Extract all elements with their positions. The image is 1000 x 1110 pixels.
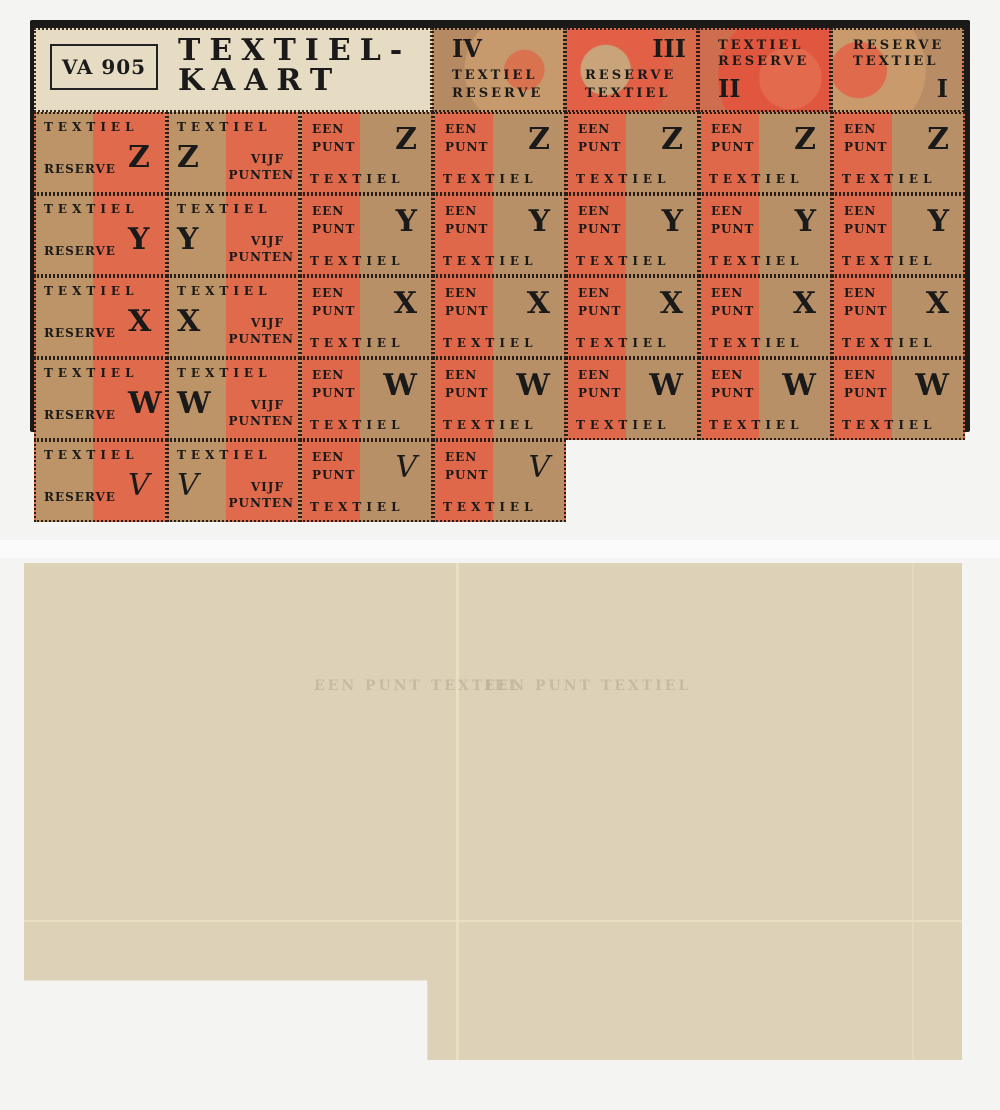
coupon-value: EEN (711, 286, 743, 300)
coupon-letter: V (395, 450, 417, 485)
coupon-unit: PUNTEN (228, 168, 294, 182)
coupon-label: RESERVE (44, 326, 116, 340)
coupon-value: EEN (445, 204, 477, 218)
coupon-value: VIJF (251, 152, 284, 166)
een-punt-coupon-z[interactable]: EENPUNTZTEXTIEL (832, 112, 965, 194)
een-punt-coupon-w[interactable]: EENPUNTWTEXTIEL (300, 358, 433, 440)
coupon-unit: PUNT (312, 222, 355, 236)
show-through-text: EEN PUNT TEXTIEL (484, 678, 691, 694)
coupon-value: EEN (445, 368, 477, 382)
een-punt-coupon-w[interactable]: EENPUNTWTEXTIEL (433, 358, 566, 440)
coupon-value: EEN (312, 286, 344, 300)
coupon-letter: Z (528, 122, 550, 157)
coupon-unit: PUNT (578, 222, 621, 236)
coupon-header: TEXTIEL (177, 202, 272, 216)
coupon-letter: Z (927, 122, 949, 157)
coupon-footer: TEXTIEL (709, 172, 804, 186)
coupon-header: TEXTIEL (177, 448, 272, 462)
een-punt-coupon-y[interactable]: EENPUNTYTEXTIEL (699, 194, 832, 276)
coupon-letter: W (782, 368, 816, 403)
reserve-coupon-x[interactable]: TEXTIELRESERVEX (34, 276, 167, 358)
coupon-unit: PUNT (312, 140, 355, 154)
coupon-value: EEN (312, 204, 344, 218)
een-punt-coupon-y[interactable]: EENPUNTYTEXTIEL (433, 194, 566, 276)
coupon-letter: Y (662, 204, 683, 239)
reserve-line-2: TEXTIEL (585, 86, 670, 101)
coupon-header: TEXTIEL (44, 202, 139, 216)
coupon-letter: Y (177, 222, 198, 257)
een-punt-coupon-y[interactable]: EENPUNTYTEXTIEL (832, 194, 965, 276)
serial-number: VA 905 (50, 44, 158, 90)
coupon-label: RESERVE (44, 244, 116, 258)
coupon-unit: PUNT (445, 140, 488, 154)
coupon-letter: X (527, 286, 550, 321)
coupon-footer: TEXTIEL (576, 336, 671, 350)
coupon-footer: TEXTIEL (709, 418, 804, 432)
coupon-label: RESERVE (44, 408, 116, 422)
coupon-letter: X (660, 286, 683, 321)
coupon-footer: TEXTIEL (310, 336, 405, 350)
coupon-value: EEN (578, 204, 610, 218)
coupon-footer: TEXTIEL (443, 500, 538, 514)
een-punt-coupon-x[interactable]: EENPUNTXTEXTIEL (433, 276, 566, 358)
coupon-letter: Y (928, 204, 949, 239)
coupon-unit: PUNT (578, 140, 621, 154)
ration-card-front: VA 905 TEXTIEL- KAART IV TEXTIEL RESERVE… (30, 20, 970, 530)
coupon-letter: Z (128, 140, 150, 175)
reserve-coupon-ii[interactable]: TEXTIEL RESERVE II (698, 28, 831, 112)
coupon-letter: X (793, 286, 816, 321)
coupon-header: TEXTIEL (177, 120, 272, 134)
reserve-line-2: RESERVE (718, 54, 809, 69)
coupon-letter: Z (661, 122, 683, 157)
reserve-coupon-v[interactable]: TEXTIELRESERVEV (34, 440, 167, 522)
coupon-label: RESERVE (44, 490, 116, 504)
reserve-line-2: TEXTIEL (853, 54, 938, 69)
coupon-unit: PUNT (445, 386, 488, 400)
een-punt-coupon-w[interactable]: EENPUNTWTEXTIEL (566, 358, 699, 440)
coupon-letter: Z (794, 122, 816, 157)
vijf-punten-coupon-y[interactable]: TEXTIELYVIJFPUNTEN (167, 194, 300, 276)
coupon-unit: PUNT (578, 304, 621, 318)
fold-line-vertical (456, 563, 459, 1060)
title-line-1: TEXTIEL- (178, 36, 411, 66)
coupon-header: TEXTIEL (44, 366, 139, 380)
roman-numeral: I (937, 74, 948, 103)
coupon-value: VIJF (251, 316, 284, 330)
coupon-letter: X (394, 286, 417, 321)
reserve-coupon-z[interactable]: TEXTIELRESERVEZ (34, 112, 167, 194)
coupon-value: EEN (445, 122, 477, 136)
een-punt-coupon-y[interactable]: EENPUNTYTEXTIEL (300, 194, 433, 276)
coupon-value: EEN (844, 204, 876, 218)
coupon-unit: PUNTEN (228, 414, 294, 428)
title-line-2: KAART (178, 66, 411, 96)
reserve-coupon-i[interactable]: RESERVE TEXTIEL I (831, 28, 964, 112)
een-punt-coupon-x[interactable]: EENPUNTXTEXTIEL (300, 276, 433, 358)
vijf-punten-coupon-x[interactable]: TEXTIELXVIJFPUNTEN (167, 276, 300, 358)
reserve-coupon-iv[interactable]: IV TEXTIEL RESERVE (432, 28, 565, 112)
reserve-coupon-y[interactable]: TEXTIELRESERVEY (34, 194, 167, 276)
coupon-unit: PUNT (445, 222, 488, 236)
coupon-footer: TEXTIEL (310, 254, 405, 268)
coupon-unit: PUNTEN (228, 496, 294, 510)
coupon-unit: PUNT (711, 140, 754, 154)
coupon-footer: TEXTIEL (310, 172, 405, 186)
coupon-value: VIJF (251, 234, 284, 248)
coupon-letter: W (128, 386, 162, 421)
coupon-header: TEXTIEL (44, 448, 139, 462)
coupon-footer: TEXTIEL (310, 500, 405, 514)
coupon-value: EEN (578, 286, 610, 300)
card-title: TEXTIEL- KAART (178, 36, 411, 96)
fold-line-right (912, 563, 914, 1060)
coupon-letter: W (915, 368, 949, 403)
ration-card-back: EEN PUNT TEXTIEL EEN PUNT TEXTIEL (24, 563, 962, 1060)
coupon-footer: TEXTIEL (443, 336, 538, 350)
roman-numeral: II (718, 74, 740, 103)
roman-numeral: III (652, 34, 686, 63)
coupon-value: EEN (844, 368, 876, 382)
coupon-unit: PUNT (844, 386, 887, 400)
coupon-value: EEN (445, 450, 477, 464)
vijf-punten-coupon-w[interactable]: TEXTIELWVIJFPUNTEN (167, 358, 300, 440)
coupon-letter: Z (177, 140, 199, 175)
coupon-value: EEN (578, 368, 610, 382)
coupon-letter: Z (395, 122, 417, 157)
card-header: VA 905 TEXTIEL- KAART IV TEXTIEL RESERVE… (34, 28, 966, 112)
reserve-line-1: RESERVE (585, 68, 676, 83)
vijf-punten-coupon-v[interactable]: TEXTIELVVIJFPUNTEN (167, 440, 300, 522)
coupon-footer: TEXTIEL (576, 172, 671, 186)
coupon-label: RESERVE (44, 162, 116, 176)
coupon-footer: TEXTIEL (709, 336, 804, 350)
coupon-unit: PUNTEN (228, 250, 294, 264)
reserve-line-1: RESERVE (853, 38, 944, 53)
coupon-unit: PUNT (312, 386, 355, 400)
coupon-letter: W (383, 368, 417, 403)
coupon-letter: W (649, 368, 683, 403)
coupon-unit: PUNT (844, 304, 887, 318)
een-punt-coupon-z[interactable]: EENPUNTZTEXTIEL (433, 112, 566, 194)
coupon-value: EEN (711, 204, 743, 218)
coupon-letter: W (516, 368, 550, 403)
een-punt-coupon-z[interactable]: EENPUNTZTEXTIEL (699, 112, 832, 194)
coupon-value: EEN (844, 286, 876, 300)
coupon-value: EEN (711, 122, 743, 136)
coupon-unit: PUNT (312, 468, 355, 482)
coupon-letter: Y (128, 222, 149, 257)
coupon-letter: Y (529, 204, 550, 239)
coupon-letter: X (926, 286, 949, 321)
een-punt-coupon-v[interactable]: EENPUNTVTEXTIEL (433, 440, 566, 522)
een-punt-coupon-x[interactable]: EENPUNTXTEXTIEL (566, 276, 699, 358)
fold-line-horizontal (24, 920, 962, 922)
vijf-punten-coupon-z[interactable]: TEXTIELZVIJFPUNTEN (167, 112, 300, 194)
coupon-header: TEXTIEL (177, 366, 272, 380)
reserve-line-1: TEXTIEL (452, 68, 537, 83)
coupon-header: TEXTIEL (44, 284, 139, 298)
coupon-letter: V (177, 468, 199, 503)
reserve-coupon-iii[interactable]: III RESERVE TEXTIEL (565, 28, 698, 112)
coupon-unit: PUNT (445, 304, 488, 318)
coupon-value: EEN (445, 286, 477, 300)
coupon-footer: TEXTIEL (576, 418, 671, 432)
een-punt-coupon-y[interactable]: EENPUNTYTEXTIEL (566, 194, 699, 276)
reserve-line-2: RESERVE (452, 86, 543, 101)
een-punt-coupon-z[interactable]: EENPUNTZTEXTIEL (300, 112, 433, 194)
coupon-footer: TEXTIEL (443, 254, 538, 268)
coupon-unit: PUNT (711, 304, 754, 318)
coupon-value: EEN (312, 122, 344, 136)
coupon-footer: TEXTIEL (842, 336, 937, 350)
roman-numeral: IV (452, 34, 482, 63)
coupon-unit: PUNT (711, 386, 754, 400)
coupon-value: EEN (844, 122, 876, 136)
een-punt-coupon-z[interactable]: EENPUNTZTEXTIEL (566, 112, 699, 194)
coupon-value: VIJF (251, 398, 284, 412)
scan-separator (0, 540, 1000, 558)
coupon-header: TEXTIEL (44, 120, 139, 134)
coupon-unit: PUNT (844, 222, 887, 236)
coupon-value: EEN (312, 368, 344, 382)
reserve-coupon-w[interactable]: TEXTIELRESERVEW (34, 358, 167, 440)
coupon-unit: PUNTEN (228, 332, 294, 346)
coupon-unit: PUNT (844, 140, 887, 154)
een-punt-coupon-w[interactable]: EENPUNTWTEXTIEL (832, 358, 965, 440)
coupon-footer: TEXTIEL (709, 254, 804, 268)
coupon-letter: W (177, 386, 211, 421)
coupon-footer: TEXTIEL (443, 418, 538, 432)
coupon-value: EEN (578, 122, 610, 136)
coupon-value: EEN (711, 368, 743, 382)
coupon-unit: PUNT (312, 304, 355, 318)
coupon-letter: X (177, 304, 200, 339)
coupon-letter: V (128, 468, 150, 503)
title-panel: VA 905 TEXTIEL- KAART (34, 28, 432, 112)
coupon-letter: X (128, 304, 151, 339)
coupon-header: TEXTIEL (177, 284, 272, 298)
coupon-footer: TEXTIEL (310, 418, 405, 432)
een-punt-coupon-v[interactable]: EENPUNTVTEXTIEL (300, 440, 433, 522)
coupon-value: EEN (312, 450, 344, 464)
coupon-footer: TEXTIEL (842, 172, 937, 186)
coupon-footer: TEXTIEL (443, 172, 538, 186)
coupon-letter: Y (795, 204, 816, 239)
coupon-letter: V (528, 450, 550, 485)
coupon-footer: TEXTIEL (842, 254, 937, 268)
coupon-footer: TEXTIEL (576, 254, 671, 268)
een-punt-coupon-x[interactable]: EENPUNTXTEXTIEL (699, 276, 832, 358)
coupon-value: VIJF (251, 480, 284, 494)
een-punt-coupon-x[interactable]: EENPUNTXTEXTIEL (832, 276, 965, 358)
coupon-unit: PUNT (711, 222, 754, 236)
coupon-unit: PUNT (578, 386, 621, 400)
een-punt-coupon-w[interactable]: EENPUNTWTEXTIEL (699, 358, 832, 440)
coupon-letter: Y (396, 204, 417, 239)
reserve-line-1: TEXTIEL (718, 38, 803, 53)
coupon-unit: PUNT (445, 468, 488, 482)
coupon-footer: TEXTIEL (842, 418, 937, 432)
